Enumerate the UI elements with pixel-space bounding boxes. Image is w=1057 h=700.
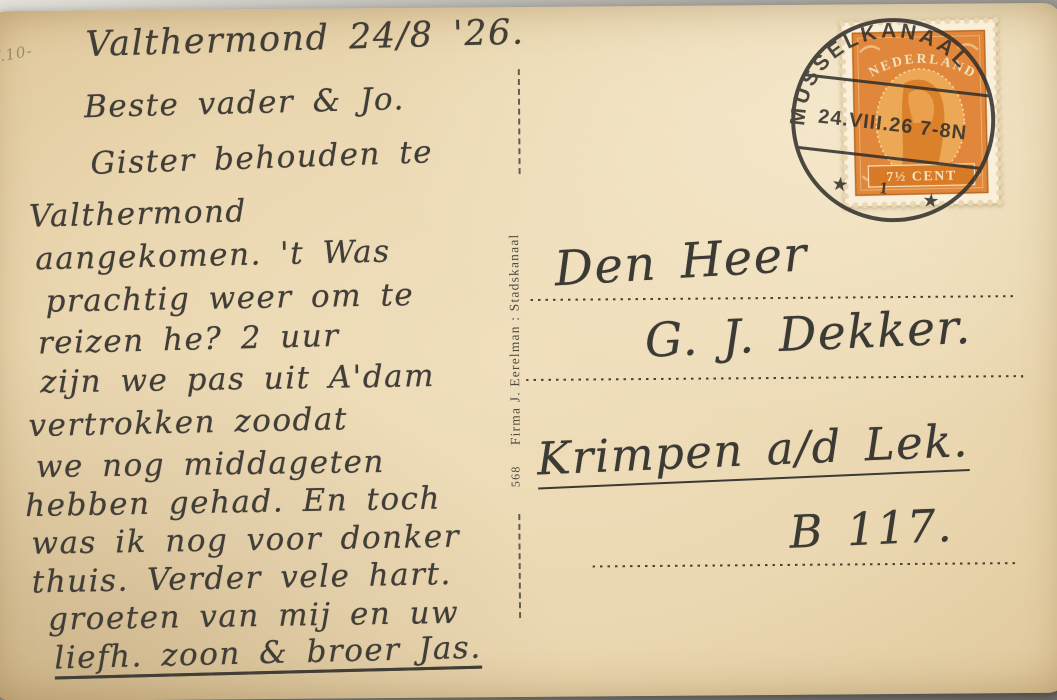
postmark-index-number: 1 — [878, 178, 889, 198]
publisher-imprint: 568 Firma J. Eerelman : Stadskanaal — [506, 175, 524, 487]
message-line: we nog middageten — [36, 444, 386, 485]
publisher-number: 568 — [508, 465, 523, 487]
postmark-star-left: ★ — [830, 174, 849, 197]
message-dateline: Valthermond 24/8 '26. — [85, 12, 525, 65]
message-line: reizen he? 2 uur — [37, 318, 340, 362]
address-dotted-line-3 — [593, 561, 1016, 567]
message-line: Beste vader & Jo. — [84, 81, 406, 125]
divider-top — [518, 69, 521, 174]
message-line: vertrokken zoodat — [28, 401, 348, 444]
message-line: was ik nog voor donker — [31, 519, 460, 562]
postcard-scan: f.10- Valthermond 24/8 '26. Beste vader … — [0, 0, 1057, 700]
pencil-price-note: f.10- — [0, 42, 34, 67]
message-signature-line: liefh. zoon & broer Jas. — [54, 630, 482, 677]
postmark-star-right: ★ — [921, 190, 940, 213]
message-line: thuis. Verder vele hart. — [31, 556, 452, 600]
address-town: Krimpen a/d Lek. — [536, 414, 970, 489]
address-recipient-title: Den Heer — [553, 226, 810, 297]
publisher-name: Firma J. Eerelman : Stadskanaal — [506, 234, 524, 446]
message-line: hebben gehad. En toch — [25, 481, 441, 525]
postmark: MUSSELKANAAL 24.VIII.26 7-8N ★ 1 ★ — [769, 0, 1017, 244]
message-line: zijn we pas uit A'dam — [40, 358, 435, 401]
divider-bottom — [518, 514, 521, 618]
message-line: Valthermond — [28, 193, 247, 235]
postcard-back: f.10- Valthermond 24/8 '26. Beste vader … — [0, 3, 1057, 700]
address-dotted-line-2 — [526, 374, 1023, 381]
message-line: Gister behouden te — [90, 134, 434, 182]
address-house-number: B 117. — [788, 499, 954, 559]
message-line: aangekomen. 't Was — [35, 234, 391, 278]
address-recipient-name: G. J. Dekker. — [644, 300, 973, 369]
message-line: prachtig weer om te — [45, 277, 414, 320]
postmark-date-text: 24.VIII.26 7-8N — [817, 106, 968, 145]
